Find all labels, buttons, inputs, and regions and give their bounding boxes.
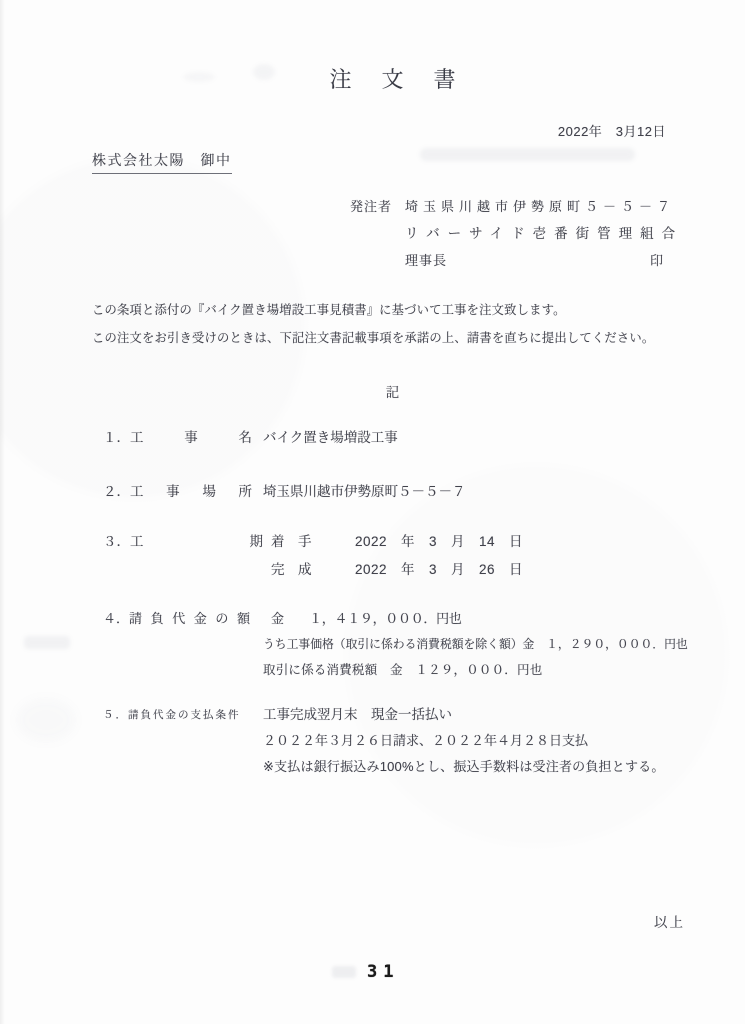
document-title: 注 文 書 — [0, 66, 745, 94]
item-5-payment-schedule: ２０２２年３月２６日請求、２０２２年４月２８日支払 — [263, 733, 588, 749]
intro-line-2: この注文をお引き受けのときは、下記注文書記載事項を承諾の上、請書を直ちに提出して… — [92, 331, 654, 346]
item-3-start-date: 2022 年 3 月 14 日 — [355, 534, 523, 551]
closing-mark: 以上 — [654, 915, 685, 932]
scan-artifact — [16, 698, 76, 742]
page-number: 31 — [367, 962, 399, 983]
orderer-organization: リバーサイド壱番街管理組合 — [405, 226, 683, 243]
item-3-start-term: 着 手 — [271, 534, 312, 551]
orderer-label: 発注者 — [350, 199, 392, 215]
item-3-finish-term: 完 成 — [271, 562, 312, 579]
item-3-finish-date: 2022 年 3 月 26 日 — [355, 562, 523, 579]
item-4-breakdown-price: うち工事価格（取引に係わる消費税額を除く額）金 １，２９０，０００．円也 — [263, 637, 688, 652]
orderer-address: 埼玉県川越市伊勢原町５－５－７ — [405, 199, 675, 215]
scan-artifact — [420, 148, 635, 161]
item-5-label: ５．請負代金の支払条件 — [103, 709, 241, 722]
record-mark-text: 記 — [386, 385, 400, 400]
record-mark: 記 — [0, 383, 745, 403]
item-5-payment-note: ※支払は銀行振込み100%とし、振込手数料は受注者の負担とする。 — [263, 759, 665, 775]
recipient-name: 株式会社太陽 御中 — [92, 152, 232, 174]
item-4-label: ４．請 負 代 金 の 額 — [103, 611, 250, 627]
item-4-breakdown-tax: 取引に係る消費税額 金 １２９，０００．円也 — [263, 663, 542, 679]
scan-artifact — [332, 966, 356, 978]
scan-artifact — [24, 636, 70, 649]
item-2-label: ２．工 事 場 所 — [103, 484, 252, 501]
item-2-value: 埼玉県川越市伊勢原町５－５－７ — [263, 484, 466, 501]
orderer-representative: 理事長 — [405, 253, 447, 269]
item-3-label: ３．工 期 — [103, 534, 263, 551]
item-1-value: バイク置き場増設工事 — [263, 430, 398, 447]
item-5-payment-terms: 工事完成翌月末 現金一括払い — [263, 707, 452, 724]
item-1-label: １．工 事 名 — [103, 430, 252, 447]
intro-line-1: この条項と添付の『バイク置き場増設工事見積書』に基づいて工事を注文致します。 — [92, 303, 566, 318]
order-form-page: 注 文 書 2022年 3月12日 株式会社太陽 御中 発注者 埼玉県川越市伊勢… — [0, 0, 745, 1024]
scanner-edge-shadow — [0, 0, 5, 1024]
seal-mark: 印 — [650, 253, 663, 269]
item-4-total-amount: 金 １，４１９，０００．円也 — [271, 611, 462, 627]
document-title-text: 注 文 書 — [329, 67, 459, 92]
issue-date: 2022年 3月12日 — [558, 124, 666, 140]
